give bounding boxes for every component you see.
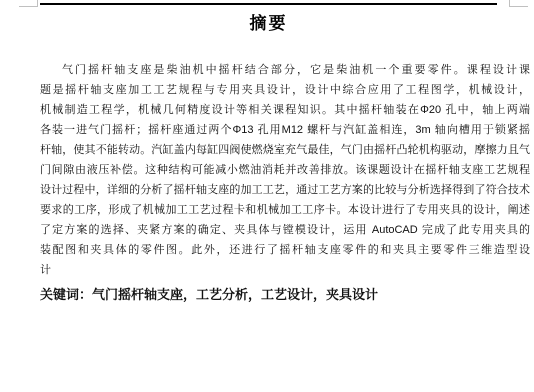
header-divider-rule (40, 3, 497, 5)
document-page: 摘要 气门摇杆轴支座是柴油机中摇杆结合部分，它是柴油机一个重要零件。课程设计课 … (0, 0, 534, 392)
body-line: 计 (40, 260, 530, 280)
body-line: 杆轴，使其不能转动。汽缸盖内每缸四阀使燃烧室充气最佳，气门由摇杆凸轮机构驱动，摩… (40, 140, 530, 160)
page-title: 摘要 (40, 9, 497, 34)
body-line: 设计过程中，详细的分析了摇杆轴支座的加工工艺，通过工艺方案的比较与分析选择得到了… (40, 180, 530, 200)
keywords-label: 关键词： (40, 287, 92, 302)
body-line: 门间隙由液压补偿。这种结构可能减小燃油消耗并改善排放。该课题设计在摇杆轴支座工艺… (40, 160, 530, 180)
body-line: 机械制造工程学，机械几何精度设计等相关课程知识。其中摇杆轴装在Φ20 孔中，轴上… (40, 100, 530, 120)
text-boundary-mark-top-right (509, 0, 528, 7)
keywords-text: 气门摇杆轴支座，工艺分析，工艺设计，夹具设计 (92, 287, 378, 302)
text-boundary-mark-top-left (19, 0, 38, 7)
keywords-line: 关键词：气门摇杆轴支座，工艺分析，工艺设计，夹具设计 (40, 284, 530, 303)
body-line: 各装一进气门摇杆；摇杆座通过两个Φ13 孔用M12 螺杆与汽缸盖相连，3m 轴向… (40, 120, 530, 140)
body-line: 了定方案的选择、夹紧方案的确定、夹具体与镗模设计，运用 AutoCAD 完成了此… (40, 220, 530, 240)
body-line: 要求的工序，形成了机械加工工艺过程卡和机械加工工序卡。本设计进行了专用夹具的设计… (40, 200, 530, 220)
body-line: 装配图和夹具体的零件图。此外，还进行了摇杆轴支座零件的和夹具主要零件三维造型设 (40, 240, 530, 260)
body-line: 气门摇杆轴支座是柴油机中摇杆结合部分，它是柴油机一个重要零件。课程设计课 (40, 60, 530, 80)
abstract-paragraph: 气门摇杆轴支座是柴油机中摇杆结合部分，它是柴油机一个重要零件。课程设计课 题是摇… (40, 60, 530, 280)
body-line: 题是摇杆轴支座加工工艺规程与专用夹具设计，设计中综合应用了工程图学，机械设计， (40, 80, 530, 100)
